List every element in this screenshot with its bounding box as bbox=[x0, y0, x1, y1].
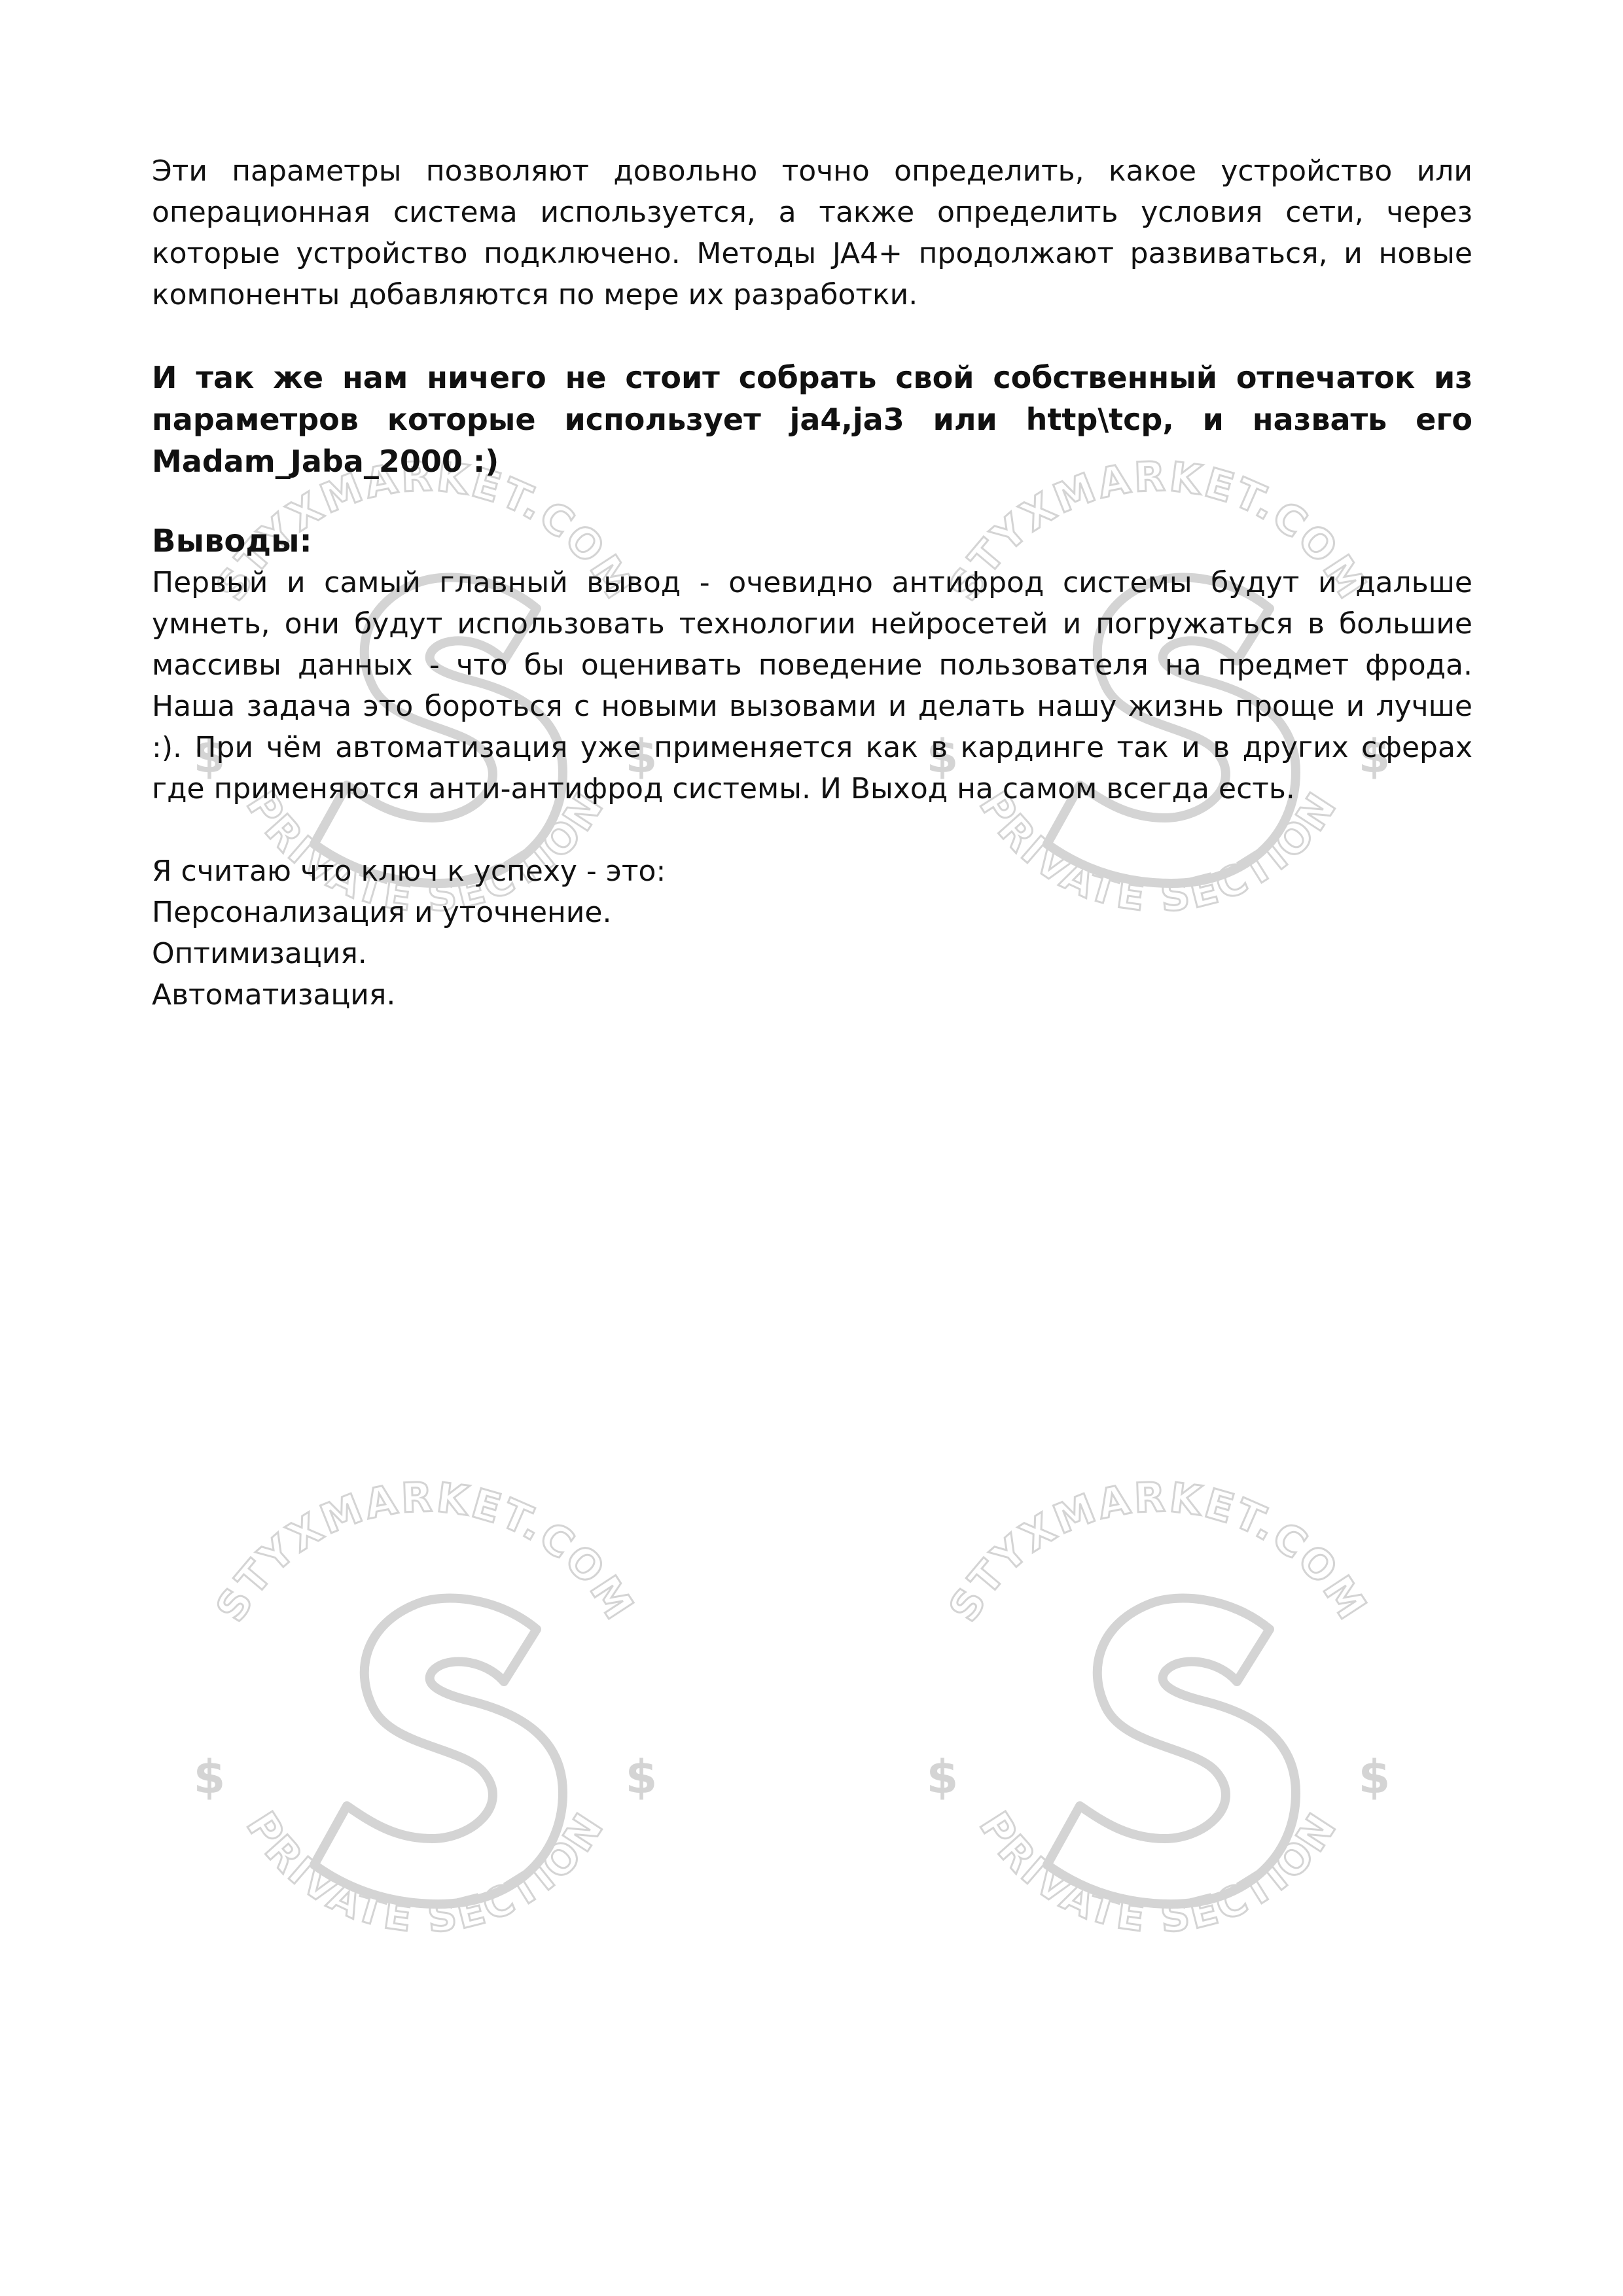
key-intro: Я считаю что ключ к успеху - это: bbox=[152, 851, 1472, 892]
conclusions-heading: Выводы: bbox=[152, 520, 1472, 562]
paragraph-custom-fingerprint: И так же нам ничего не стоит собрать сво… bbox=[152, 357, 1472, 482]
paragraph-fingerprint-params: Эти параметры позволяют довольно точно о… bbox=[152, 150, 1472, 315]
svg-text:$: $ bbox=[626, 1750, 658, 1804]
watermark: STYXMARKET.COM PRIVATE SECTION $ $ bbox=[157, 1439, 694, 1976]
svg-text:STYXMARKET.COM: STYXMARKET.COM bbox=[940, 1473, 1378, 1629]
svg-text:$: $ bbox=[927, 1750, 959, 1804]
conclusions-text: Первый и самый главный вывод - очевидно … bbox=[152, 562, 1472, 809]
watermark: STYXMARKET.COM PRIVATE SECTION $ $ bbox=[890, 1439, 1427, 1976]
key-to-success-list: Я считаю что ключ к успеху - это: Персон… bbox=[152, 851, 1472, 1016]
svg-text:$: $ bbox=[194, 1750, 226, 1804]
list-item: Автоматизация. bbox=[152, 974, 1472, 1016]
list-item: Оптимизация. bbox=[152, 933, 1472, 974]
svg-text:STYXMARKET.COM: STYXMARKET.COM bbox=[207, 1473, 645, 1629]
list-item: Персонализация и уточнение. bbox=[152, 892, 1472, 933]
svg-text:$: $ bbox=[1359, 1750, 1391, 1804]
svg-text:PRIVATE SECTION: PRIVATE SECTION bbox=[970, 1803, 1346, 1942]
svg-text:PRIVATE SECTION: PRIVATE SECTION bbox=[237, 1803, 613, 1942]
document-body: Эти параметры позволяют довольно точно о… bbox=[152, 150, 1472, 1016]
